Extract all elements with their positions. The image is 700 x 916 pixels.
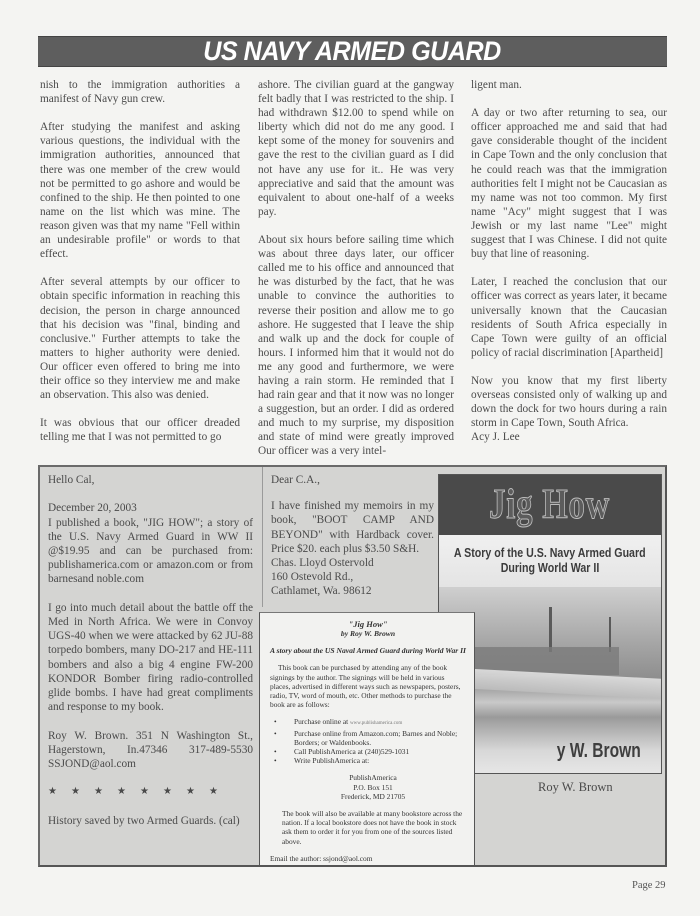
list-item: Write PublishAmerica at: <box>270 756 466 765</box>
paragraph: I have finished my memoirs in my book, "… <box>271 499 434 556</box>
letter-greeting: Hello Cal, <box>48 473 253 487</box>
article-signature: Acy J. Lee <box>471 430 667 444</box>
article-column-3: ligent man. A day or two after returning… <box>471 78 667 444</box>
letter-footer-note: History saved by two Armed Guards. (cal) <box>48 814 253 828</box>
address-line: 160 Ostevold Rd., <box>271 570 434 584</box>
book-flyer: "Jig How" by Roy W. Brown A story about … <box>259 612 475 866</box>
page-number: Page 29 <box>632 880 666 891</box>
flyer-title: "Jig How" <box>270 619 466 629</box>
flyer-subtitle: A story about the US Naval Armed Guard d… <box>270 646 466 655</box>
letter-greeting: Dear C.A., <box>271 473 434 487</box>
list-item: Call PublishAmerica at (240)529-1031 <box>270 747 466 756</box>
cover-title: Jig How <box>489 481 610 529</box>
paragraph: After studying the manifest and asking v… <box>40 120 240 261</box>
column-divider <box>262 467 263 607</box>
star-icon: ★ <box>209 785 218 799</box>
address-line: PublishAmerica <box>280 773 466 782</box>
paragraph: I go into much detail about the battle o… <box>48 601 253 715</box>
star-icon: ★ <box>94 785 103 799</box>
cover-subtitle-line: During World War II <box>501 561 600 576</box>
cover-caption: Roy W. Brown <box>538 780 613 795</box>
star-icon: ★ <box>71 785 80 799</box>
paragraph: After several attempts by our officer to… <box>40 275 240 402</box>
cover-author: y W. Brown <box>557 740 641 763</box>
address-line: Cathlamet, Wa. 98612 <box>271 584 434 598</box>
flyer-intro: This book can be purchased by attending … <box>270 663 466 709</box>
list-item: Purchase online from Amazon.com; Barnes … <box>270 729 466 747</box>
letter-to-cal: Hello Cal, December 20, 2003 I published… <box>48 473 253 828</box>
letter-contact: Roy W. Brown. 351 N Washington St., Hage… <box>48 729 253 772</box>
paragraph: ligent man. <box>471 78 667 92</box>
star-icon: ★ <box>48 785 57 799</box>
flyer-email: Email the author: ssjond@aol.com <box>270 854 466 863</box>
paragraph: Now you know that my first liberty overs… <box>471 374 667 430</box>
publisher-link[interactable]: www.publishamerica.com <box>350 721 402 726</box>
letter-address: Chas. Lloyd Ostervold 160 Ostevold Rd., … <box>271 556 434 599</box>
flyer-note: The book will also be available at many … <box>270 809 466 846</box>
paragraph: A day or two after returning to sea, our… <box>471 106 667 261</box>
paragraph: I published a book, "JIG HOW"; a story o… <box>48 516 253 587</box>
star-icon: ★ <box>186 785 195 799</box>
paragraph: ashore. The civilian guard at the gangwa… <box>258 78 454 219</box>
ship-mast <box>549 607 552 652</box>
article-column-2: ashore. The civilian guard at the gangwa… <box>258 78 454 459</box>
list-item: Purchase online at www.publishamerica.co… <box>270 717 466 728</box>
cover-title-band: Jig How <box>439 475 661 535</box>
publisher-address: PublishAmerica P.O. Box 151 Frederick, M… <box>270 773 466 801</box>
banner-title: US NAVY ARMED GUARD <box>204 36 502 67</box>
address-line: P.O. Box 151 <box>280 783 466 792</box>
star-icon: ★ <box>117 785 126 799</box>
address-line: Frederick, MD 21705 <box>280 792 466 801</box>
cover-subtitle-line: A Story of the U.S. Navy Armed Guard <box>454 546 646 561</box>
star-icon: ★ <box>140 785 149 799</box>
paragraph: Later, I reached the conclusion that our… <box>471 275 667 360</box>
flyer-byline: by Roy W. Brown <box>270 629 466 638</box>
header-banner: US NAVY ARMED GUARD <box>38 36 667 67</box>
paragraph: nish to the immigration authorities a ma… <box>40 78 240 106</box>
paragraph: It was obvious that our officer dreaded … <box>40 416 240 444</box>
paragraph: About six hours before sailing time whic… <box>258 233 454 459</box>
cover-subtitle: A Story of the U.S. Navy Armed Guard Dur… <box>439 535 661 587</box>
letter-date: December 20, 2003 <box>48 501 253 515</box>
purchase-options-list: Purchase online at www.publishamerica.co… <box>270 717 466 765</box>
address-line: Chas. Lloyd Ostervold <box>271 556 434 570</box>
star-icon: ★ <box>163 785 172 799</box>
article-column-1: nish to the immigration authorities a ma… <box>40 78 240 444</box>
star-divider: ★ ★ ★ ★ ★ ★ ★ ★ <box>48 785 218 799</box>
letter-to-ca: Dear C.A., I have finished my memoirs in… <box>271 473 434 599</box>
